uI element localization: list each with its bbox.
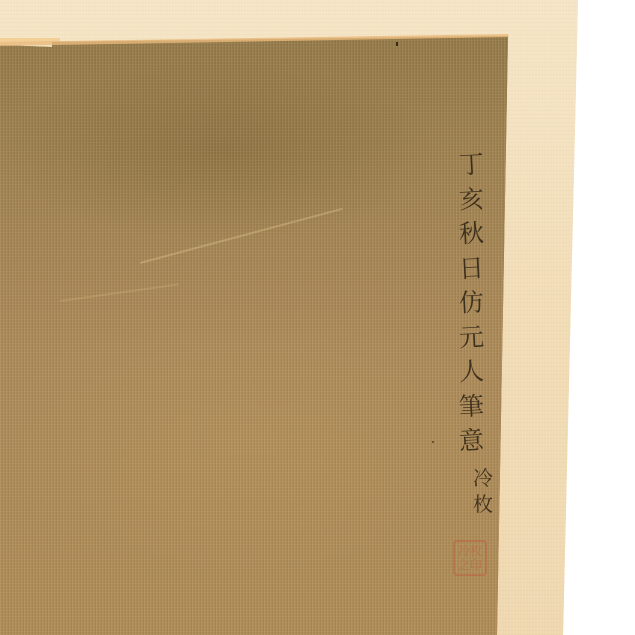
- silk-spot: [396, 42, 398, 46]
- seal-char: 冷: [458, 544, 470, 558]
- red-seal-stamp: 冷 枚 之 印: [453, 540, 487, 576]
- inscription-char: 日: [459, 251, 486, 287]
- signature-char: 枚: [473, 491, 493, 517]
- inscription-char: 丁: [459, 147, 486, 183]
- inscription-char: 亥: [459, 182, 486, 218]
- artist-signature: 冷 枚: [465, 465, 501, 517]
- inscription-char: 秋: [459, 216, 486, 252]
- silk-spot: [432, 441, 434, 443]
- seal-char: 之: [458, 558, 470, 572]
- inscription-char: 元: [459, 320, 486, 356]
- inscription-char: 人: [459, 354, 486, 390]
- inscription-column: 丁 亥 秋 日 仿 元 人 筆 意: [452, 148, 492, 459]
- seal-char: 枚: [470, 544, 482, 558]
- inscription-char: 筆: [459, 389, 486, 425]
- signature-char: 冷: [473, 465, 493, 491]
- inscription-char: 仿: [459, 285, 486, 321]
- inscription-char: 意: [459, 423, 486, 459]
- seal-char: 印: [470, 558, 482, 572]
